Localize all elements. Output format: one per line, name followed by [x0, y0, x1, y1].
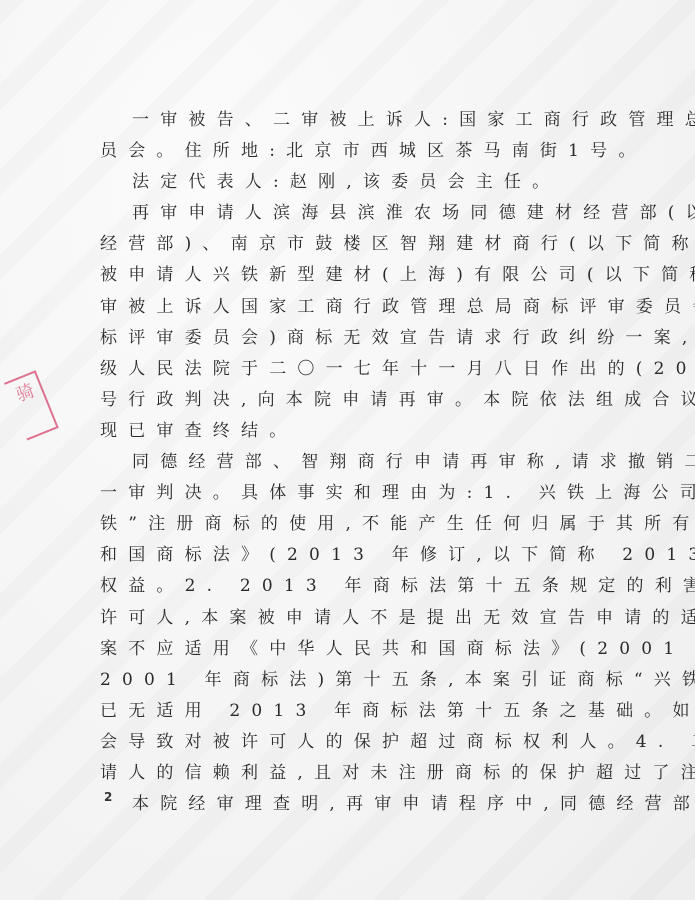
- text-line: 被申请人兴铁新型建材(上海)有限公司(以下简称兴铁公司),二: [100, 260, 614, 291]
- text-line: 再审申请人滨海县滨淮农场同德建材经营部(以下简称同德: [100, 198, 614, 229]
- document-page: 骑 一审被告、二审被上诉人:国家工商行政管理总局商标评审委 员会。住所地:北京市…: [0, 0, 695, 900]
- text-line: 案不应适用《中华人民共和国商标法》(2001 年修订,以下简称: [100, 634, 614, 665]
- text-line: 法定代表人:赵刚,该委员会主任。: [100, 167, 614, 198]
- text-line: 同德经营部、智翔商行申请再审称,请求撤销二审判决,维持: [100, 447, 614, 478]
- text-line: 号行政判决,向本院申请再审。本院依法组成合议庭进行了审查,: [100, 385, 614, 416]
- page-number: 2: [104, 790, 112, 804]
- text-line: 会导致对被许可人的保护超过商标权利人。4. 二审判决损害了申: [100, 727, 614, 758]
- text-line: 已无适用 2013 年商标法第十五条之基础。如果本案适用该条款,: [100, 696, 614, 727]
- text-line: 标评审委员会)商标无效宣告请求行政纠纷一案,不服北京市高: [100, 323, 614, 354]
- text-line: 审被上诉人国家工商行政管理总局商标评审委员会(以下简称商: [100, 292, 614, 323]
- seam-seal-stamp: 骑: [4, 370, 59, 440]
- text-line: 权益。2. 2013 年商标法第十五条规定的利害关系人不适用于被: [100, 571, 614, 602]
- text-line: 级人民法院于二〇一七年十一月八日作出的(2017)京行终 3803: [100, 354, 614, 385]
- text-line: 经营部)、南京市鼓楼区智翔建材商行(以下简称智翔商行)因与: [100, 229, 614, 260]
- text-line: 许可人,本案被申请人不是提出无效宣告申请的适格主体。3. 本: [100, 603, 614, 634]
- text-line: 员会。住所地:北京市西城区茶马南街1号。: [100, 136, 614, 167]
- seal-character: 骑: [13, 380, 38, 406]
- text-line: 一审被告、二审被上诉人:国家工商行政管理总局商标评审委: [100, 105, 614, 136]
- text-line: 2001 年商标法)第十五条,本案引证商标“兴铁”为在先注册商标,: [100, 665, 614, 696]
- text-line: 本院经审理查明,再审申请程序中,同德经营部、智翔商行补: [100, 789, 614, 820]
- text-line: 铁”注册商标的使用,不能产生任何归属于其所有的《中华人民共: [100, 509, 614, 540]
- text-line: 现已审查终结。: [100, 416, 614, 447]
- body-text: 一审被告、二审被上诉人:国家工商行政管理总局商标评审委 员会。住所地:北京市西城…: [100, 105, 614, 820]
- text-line: 一审判决。具体事实和理由为:1. 兴铁上海公司基于授权对“兴: [100, 478, 614, 509]
- text-line: 和国商标法》(2013 年修订,以下简称 2013 年商标法)上的权利或: [100, 540, 614, 571]
- text-line: 请人的信赖利益,且对未注册商标的保护超过了注册商标。: [100, 758, 614, 789]
